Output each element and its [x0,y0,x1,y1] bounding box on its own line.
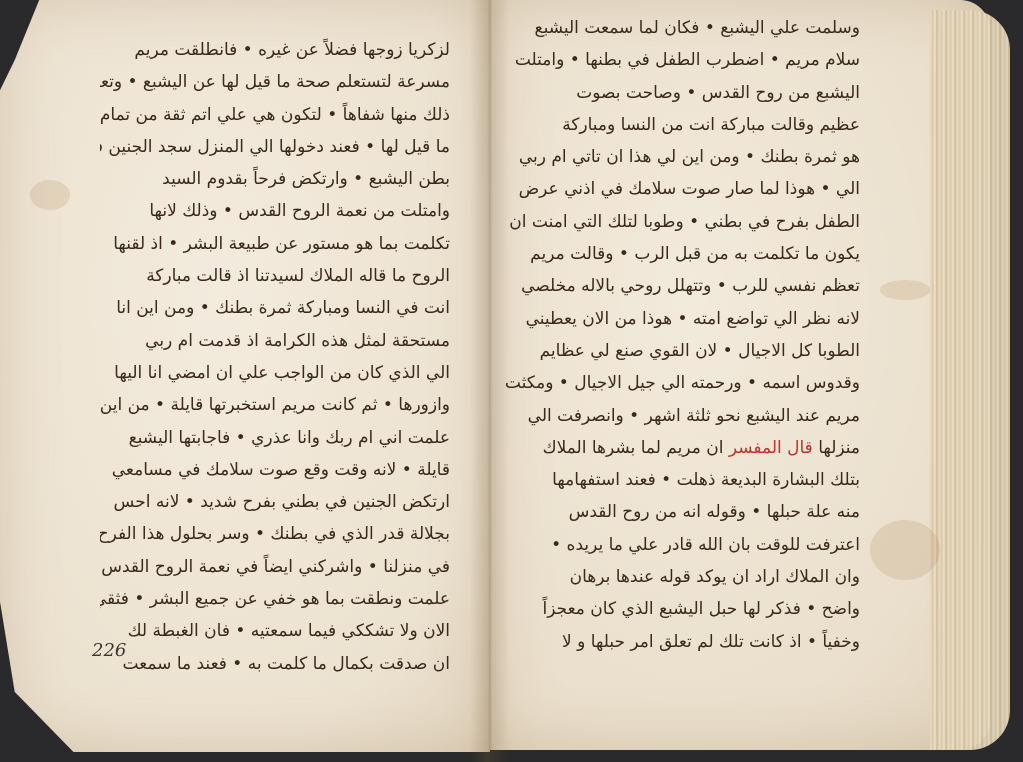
text-line: لزكريا زوجها فضلاً عن غيره • فانطلقت مري… [100,34,450,66]
text-line: علمت ونطقت بما هو خفي عن جميع البشر • فث… [100,583,450,615]
text-line: اعترفت للوقت بان الله قادر علي ما يريده … [505,529,860,561]
text-line: ذلك منها شفاهاً • لتكون هي علي اتم ثقة م… [100,99,450,131]
text-line: وقدوس اسمه • ورحمته الي جيل الاجيال • وم… [505,367,860,399]
text-line: قايلة • لانه وقت وقع صوت سلامك في مسامعي [100,454,450,486]
text-line: واضح • فذكر لها حبل اليشبع الذي كان معجز… [505,593,860,625]
paper-stain [30,180,70,210]
text-segment: منزلها [818,438,860,458]
paper-stain [880,280,930,300]
text-line-with-rubric: منزلها قال المفسر ان مريم لما بشرها المل… [505,432,860,464]
text-line: علمت اني ام ربك وانا عذري • فاجابتها الي… [100,422,450,454]
page-edges-stack [930,10,1010,750]
text-line: وسلمت علي اليشبع • فكان لما سمعت اليشبع [505,12,860,44]
text-line: تعظم نفسي للرب • وتتهلل روحي بالاله مخلص… [505,270,860,302]
text-line: بجلالة قدر الذي في بطنك • وسر بحلول هذا … [100,518,450,550]
text-line: وخفياً • اذ كانت تلك لم تعلق امر حبلها و… [505,626,860,658]
text-line: الروح ما قاله الملاك لسيدتنا اذ قالت مبا… [100,260,450,292]
left-page-text: لزكريا زوجها فضلاً عن غيره • فانطلقت مري… [100,34,450,680]
text-line: عظيم وقالت مباركة انت من النسا ومباركة [505,109,860,141]
right-page-text: وسلمت علي اليشبع • فكان لما سمعت اليشبع … [505,12,860,658]
text-line: وامتلت من نعمة الروح القدس • وذلك لانها [100,195,450,227]
text-line: سلام مريم • اضطرب الطفل في بطنها • وامتل… [505,44,860,76]
text-segment: ان مريم لما بشرها الملاك [543,438,724,458]
text-line: يكون ما تكلمت به من قبل الرب • وقالت مري… [505,238,860,270]
text-line: منه علة حبلها • وقوله انه من روح القدس [505,496,860,528]
text-line: بطن اليشبع • وارتكض فرحاً بقدوم السيد [100,163,450,195]
text-line: وان الملاك اراد ان يوكد قوله عندها برهان [505,561,860,593]
text-line: وازورها • ثم كانت مريم استخبرتها قايلة •… [100,389,450,421]
text-line: ما قيل لها • فعند دخولها الي المنزل سجد … [100,131,450,163]
folio-number: 226 [92,640,126,661]
text-line: بتلك البشارة البديعة ذهلت • فعند استفهام… [505,464,860,496]
text-line: ان صدقت بكمال ما كلمت به • فعند ما سمعت [100,648,450,680]
text-line: الطفل بفرح في بطني • وطوبا لتلك التي امن… [505,206,860,238]
open-manuscript: لزكريا زوجها فضلاً عن غيره • فانطلقت مري… [0,0,1023,762]
text-line: في منزلنا • واشركني ايضاً في نعمة الروح … [100,551,450,583]
text-line: ارتكض الجنين في بطني بفرح شديد • لانه اح… [100,486,450,518]
text-line: اليشبع من روح القدس • وصاحت بصوت [505,77,860,109]
text-line: تكلمت بما هو مستور عن طبيعة البشر • اذ ل… [100,228,450,260]
text-line: انت في النسا ومباركة ثمرة بطنك • ومن اين… [100,292,450,324]
text-line: هو ثمرة بطنك • ومن اين لي هذا ان تاتي ام… [505,141,860,173]
text-line: مستحقة لمثل هذه الكرامة اذ قدمت ام ربي [100,325,450,357]
text-line: الان ولا تشككي فيما سمعتيه • فان الغبطة … [100,615,450,647]
book-gutter [470,0,510,762]
paper-stain [870,520,940,580]
text-line: لانه نظر الي تواضع امته • هوذا من الان ي… [505,303,860,335]
rubric-heading: قال المفسر [729,438,813,458]
text-line: الطوبا كل الاجيال • لان القوي صنع لي عظا… [505,335,860,367]
text-line: الي الذي كان من الواجب علي ان امضي انا ا… [100,357,450,389]
text-line: مسرعة لتستعلم صحة ما قيل لها عن اليشبع •… [100,66,450,98]
text-line: مريم عند اليشبع نحو ثلثة اشهر • وانصرفت … [505,400,860,432]
text-line: الي • هوذا لما صار صوت سلامك في اذني عرض [505,173,860,205]
